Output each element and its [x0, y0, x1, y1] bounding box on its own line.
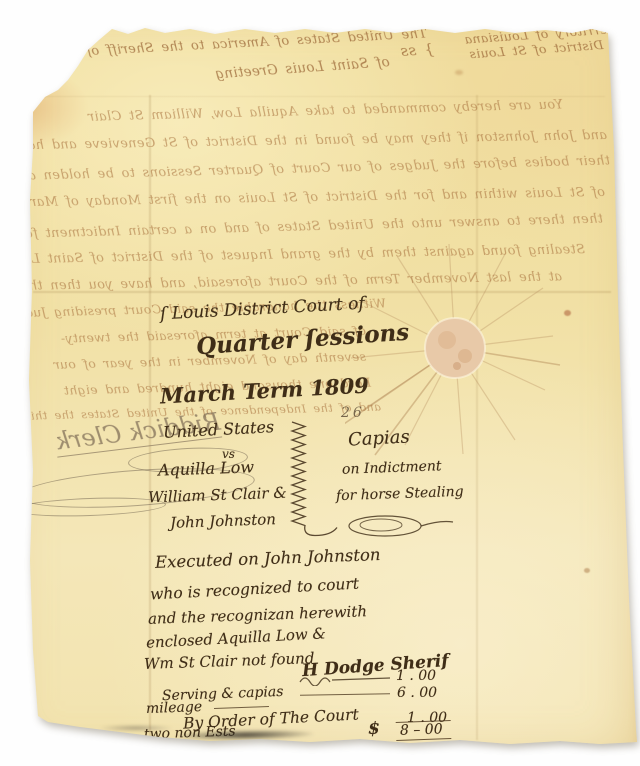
bleedthrough-caption-block: Territory of Louisiana District of St Lo…: [419, 21, 616, 65]
return-line-1: Executed on John Johnston: [155, 545, 381, 572]
aged-paper-sheet: Territory of Louisiana District of St Lo…: [0, 0, 640, 766]
foxing-spot-1: [564, 310, 571, 316]
return-line-3: and the recognizan herewith: [148, 602, 368, 628]
bleedthrough-address-line-2: of Saint Louis Greeting: [110, 54, 390, 89]
ink-flourish: [345, 512, 455, 540]
writ-basis: on Indictment: [342, 458, 442, 477]
docket-number: 26: [341, 405, 365, 421]
foxing-spot-2: [584, 568, 590, 573]
bleedthrough-body-line-5: then there to answer unto the United Sta…: [38, 212, 603, 242]
defendant-3: John Johnston: [170, 510, 276, 532]
bleedthrough-body-line-1: You are hereby commanded to take Aquilla…: [58, 97, 563, 125]
paper-shadow: Territory of Louisiana District of St Lo…: [0, 0, 640, 766]
writ-charge: for horse Stealing: [336, 484, 464, 504]
court-heading: ſ Louis District Court of: [160, 294, 366, 325]
bleedthrough-body-line-2: and John Johnston if they may be found i…: [35, 128, 607, 153]
bleedthrough-body-line-3: their bodies before the Judges of our Co…: [35, 153, 610, 183]
scanned-document-page: Territory of Louisiana District of St Lo…: [0, 0, 640, 766]
return-line-5: Wm St Clair not found: [144, 649, 315, 673]
fee-row-2-amount: 6 . 00: [397, 685, 437, 701]
fee-row-2-dash: [300, 693, 390, 696]
return-line-2: who is recognized to court: [150, 575, 360, 604]
graphite-smudge-small: [100, 725, 172, 731]
fee-row-3-dash: [214, 706, 269, 709]
bleedthrough-ss-brace: } ss: [400, 40, 435, 60]
bleedthrough-body-line-4: of St Louis within and for the District …: [35, 185, 605, 210]
defendant-1: Aquilla Low: [158, 457, 255, 479]
horizontal-fold-crease-top: [35, 96, 605, 97]
foxing-spot-3: [455, 70, 463, 75]
fee-row-1-amount: 1 . 00: [396, 668, 436, 684]
fee-total-currency: $: [368, 719, 380, 739]
return-line-4: enclosed Aquilla Low &: [146, 624, 327, 651]
fee-total-amount: 8 – 00: [396, 720, 451, 741]
signature-flourish: [298, 674, 393, 686]
defendant-2: William St Clair &: [148, 484, 287, 507]
writ-type: Capias: [347, 426, 410, 450]
